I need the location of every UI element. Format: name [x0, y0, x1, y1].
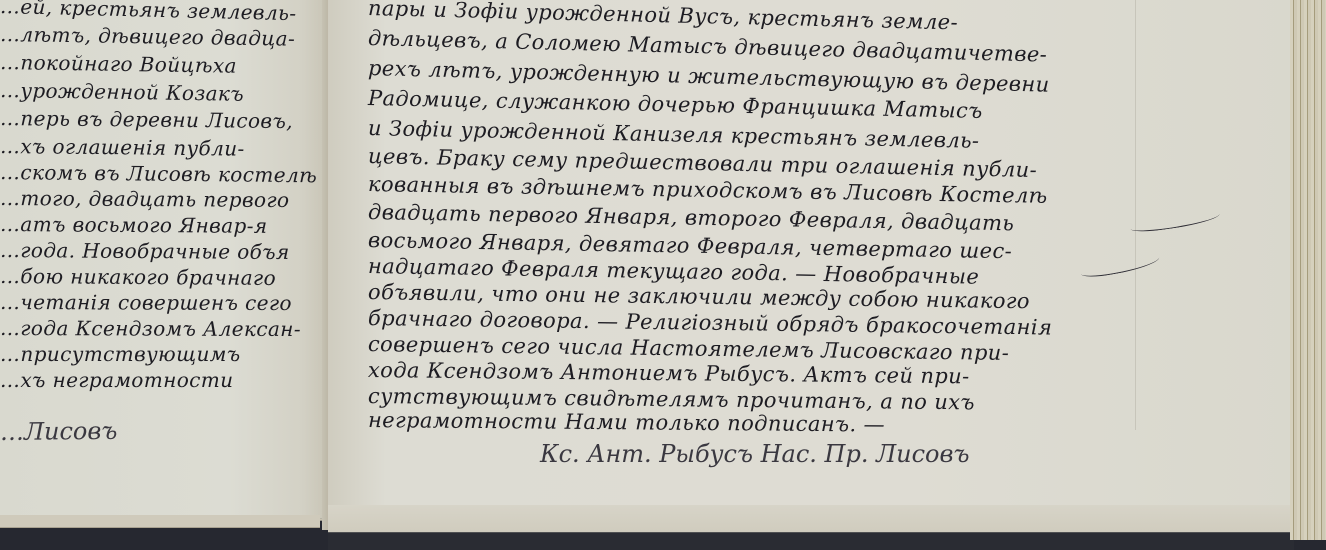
left-line: …урожденной Козакъ [0, 78, 244, 106]
right-line: неграмотности Нами только подписанъ. — [368, 408, 885, 437]
left-line: …хъ неграмотности [0, 368, 234, 392]
left-line: …перь въ деревни Лисовъ, [0, 106, 293, 133]
page-stack-edges [1290, 0, 1326, 540]
left-line: …ей, крестьянъ землевль- [0, 0, 297, 25]
left-line: …бою никакого брачнаго [0, 264, 276, 290]
left-line: …четанія совершенъ сего [0, 290, 292, 315]
left-page: …ей, крестьянъ землевль- …лѣтъ, дѣвицего… [0, 0, 328, 524]
left-line: …покойнаго Войцѣха [0, 50, 237, 78]
left-line: …того, двадцать первого [0, 186, 290, 212]
margin-rule [1135, 0, 1136, 430]
left-line: …скомъ въ Лисовѣ костелѣ [0, 160, 317, 187]
left-line: …года Ксендзомъ Алексан- [0, 316, 301, 341]
left-line: …хъ оглашенія публи- [0, 134, 245, 161]
left-page-edge [0, 515, 320, 528]
left-line: …присутствующимъ [0, 342, 241, 366]
right-page-bottom [328, 505, 1294, 550]
left-line: …года. Новобрачные объя [0, 238, 290, 264]
right-signature: Кс. Ант. Рыбусъ Нас. Пр. Лисовъ [540, 440, 969, 468]
left-line: …атъ восьмого Январ-я [0, 212, 268, 238]
left-line: …лѣтъ, дѣвицего двадца- [0, 22, 296, 51]
left-signature: …Лисовъ [0, 417, 117, 446]
